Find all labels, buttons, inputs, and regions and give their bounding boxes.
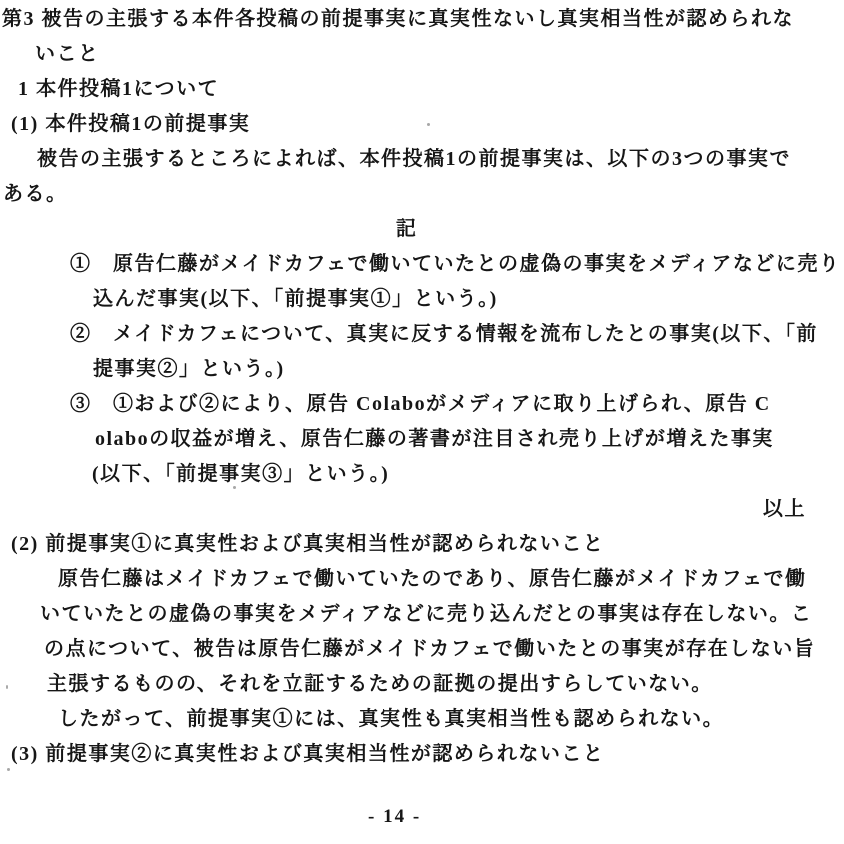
enum-item-1-line: 込んだ事実(以下、「前提事実①」という。) [0, 282, 844, 317]
paragraph-line: いていたとの虚偽の事実をメディアなどに売り込んだとの事実は存在しない。こ [0, 597, 844, 632]
conclusion-line: したがって、前提事実①には、真実性も真実相当性も認められない。 [0, 702, 844, 737]
subsection-1-2-heading: (2) 前提事実①に真実性および真実相当性が認められないこと [0, 527, 844, 562]
item1-heading: 1 本件投稿1について [0, 72, 844, 107]
scan-artifact-speck [7, 768, 10, 771]
enum-item-1-line: ① 原告仁藤がメイドカフェで働いていたとの虚偽の事実をメディアなどに売り [0, 247, 844, 282]
enum-item-3-line: olaboの収益が増え、原告仁藤の著書が注目され売り上げが増えた事実 [0, 422, 844, 457]
scanned-legal-document-page: 第3 被告の主張する本件各投稿の前提事実に真実性ないし真実相当性が認められな い… [0, 0, 844, 844]
scan-artifact-speck [6, 685, 8, 689]
enum-item-3-line: ③ ①および②により、原告 Colaboがメディアに取り上げられ、原告 C [0, 387, 844, 422]
paragraph-line: 主張するものの、それを立証するための証拠の提出すらしていない。 [0, 667, 844, 702]
enum-item-2-line: ② メイドカフェについて、真実に反する情報を流布したとの事実(以下、「前 [0, 317, 844, 352]
ijou-closing-marker: 以上 [0, 492, 844, 527]
paragraph-line: 被告の主張するところによれば、本件投稿1の前提事実は、以下の3つの事実で [0, 142, 844, 177]
subsection-1-1-heading: (1) 本件投稿1の前提事実 [0, 107, 844, 142]
section3-heading-line1: 第3 被告の主張する本件各投稿の前提事実に真実性ないし真実相当性が認められな [0, 2, 844, 37]
ki-marker: 記 [0, 212, 844, 247]
paragraph-line: 原告仁藤はメイドカフェで働いていたのであり、原告仁藤がメイドカフェで働 [0, 562, 844, 597]
paragraph-line: の点について、被告は原告仁藤がメイドカフェで働いたとの事実が存在しない旨 [0, 632, 844, 667]
scan-artifact-speck [427, 123, 430, 126]
page-number: - 14 - [0, 799, 844, 834]
paragraph-line: ある。 [0, 177, 844, 212]
enum-item-2-line: 提事実②」という。) [0, 352, 844, 387]
enum-item-3-line: (以下、「前提事実③」という。) [0, 457, 844, 492]
subsection-1-3-heading: (3) 前提事実②に真実性および真実相当性が認められないこと [0, 737, 844, 772]
section3-heading-line2: いこと [0, 37, 844, 72]
scan-artifact-speck [233, 486, 236, 489]
